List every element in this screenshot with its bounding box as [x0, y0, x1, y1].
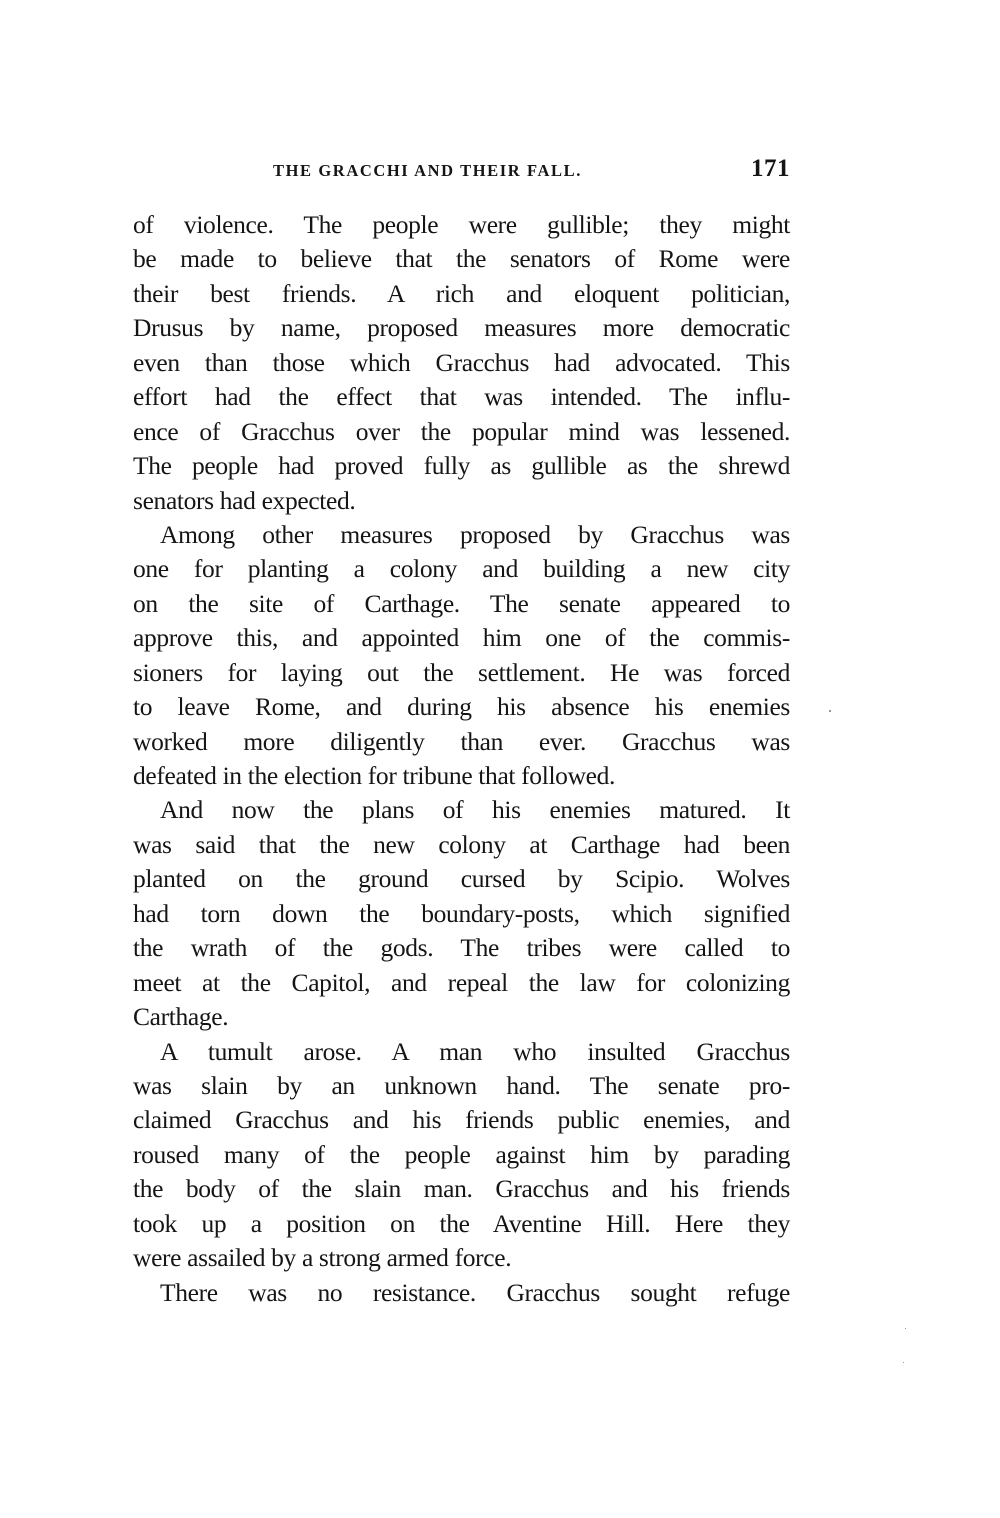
text-line: were assailed by a strong armed force.	[133, 1241, 790, 1275]
text-line: And now the plans of his enemies matured…	[133, 793, 790, 827]
scan-speck	[905, 1328, 906, 1329]
body-text: of violence. The people were gullible; t…	[133, 208, 790, 1310]
text-line: took up a position on the Aventine Hill.…	[133, 1207, 790, 1241]
text-line: their best friends. A rich and eloquent …	[133, 277, 790, 311]
text-line: ence of Gracchus over the popular mind w…	[133, 415, 790, 449]
scan-speck	[903, 1362, 904, 1363]
text-line: had torn down the boundary-posts, which …	[133, 897, 790, 931]
text-line: senators had expected.	[133, 484, 790, 518]
text-line: A tumult arose. A man who insulted Gracc…	[133, 1035, 790, 1069]
text-line: planted on the ground cursed by Scipio. …	[133, 862, 790, 896]
text-line: claimed Gracchus and his friends public …	[133, 1103, 790, 1137]
paragraph: Among other measures proposed by Gracchu…	[133, 518, 790, 794]
paragraph: of violence. The people were gullible; t…	[133, 208, 790, 518]
text-line: to leave Rome, and during his absence hi…	[133, 690, 790, 724]
text-line: Drusus by name, proposed measures more d…	[133, 311, 790, 345]
text-line: sioners for laying out the settlement. H…	[133, 656, 790, 690]
scan-speck	[829, 710, 831, 712]
text-line: approve this, and appointed him one of t…	[133, 621, 790, 655]
paragraph: There was no resistance. Gracchus sought…	[133, 1276, 790, 1310]
paragraph: And now the plans of his enemies matured…	[133, 793, 790, 1034]
text-line: defeated in the election for tribune tha…	[133, 759, 790, 793]
text-line: The people had proved fully as gullible …	[133, 449, 790, 483]
text-line: roused many of the people against him by…	[133, 1138, 790, 1172]
text-line: effort had the effect that was intended.…	[133, 380, 790, 414]
text-line: even than those which Gracchus had advoc…	[133, 346, 790, 380]
text-line: the body of the slain man. Gracchus and …	[133, 1172, 790, 1206]
book-page: THE GRACCHI AND THEIR FALL. 171 of viole…	[0, 0, 1000, 1518]
text-line: meet at the Capitol, and repeal the law …	[133, 966, 790, 1000]
text-line: one for planting a colony and building a…	[133, 552, 790, 586]
text-line: be made to believe that the senators of …	[133, 242, 790, 276]
text-line: on the site of Carthage. The senate appe…	[133, 587, 790, 621]
running-head: THE GRACCHI AND THEIR FALL. 171	[133, 157, 790, 187]
text-line: was slain by an unknown hand. The senate…	[133, 1069, 790, 1103]
text-line: of violence. The people were gullible; t…	[133, 208, 790, 242]
text-line: Among other measures proposed by Gracchu…	[133, 518, 790, 552]
text-line: was said that the new colony at Carthage…	[133, 828, 790, 862]
paragraph: A tumult arose. A man who insulted Gracc…	[133, 1035, 790, 1276]
text-line: There was no resistance. Gracchus sought…	[133, 1276, 790, 1310]
text-line: the wrath of the gods. The tribes were c…	[133, 931, 790, 965]
running-title: THE GRACCHI AND THEIR FALL.	[273, 161, 582, 181]
text-line: Carthage.	[133, 1000, 790, 1034]
text-line: worked more diligently than ever. Gracch…	[133, 725, 790, 759]
page-number: 171	[751, 155, 790, 183]
